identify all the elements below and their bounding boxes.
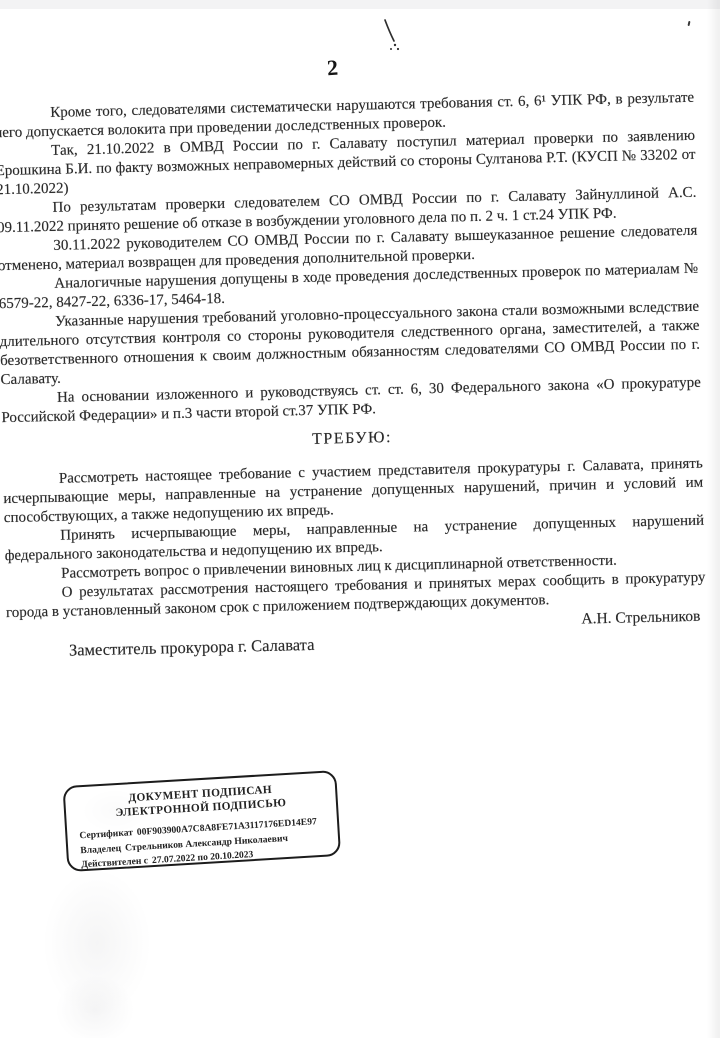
stamp-owner-label: Владелец bbox=[80, 842, 121, 855]
stamp-validity-label: Действителен с bbox=[81, 855, 149, 870]
page-number: 2 bbox=[326, 55, 339, 82]
ink-mark-icon bbox=[378, 18, 404, 54]
scan-edge-top bbox=[0, 0, 720, 9]
scan-smudge bbox=[42, 868, 152, 1018]
ink-speck bbox=[688, 21, 691, 26]
document-body: Кроме того, следователями систематически… bbox=[0, 89, 707, 661]
scan-edge-right bbox=[707, 0, 720, 1038]
esign-stamp: ДОКУМЕНТ ПОДПИСАН ЭЛЕКТРОННОЙ ПОДПИСЬЮ С… bbox=[62, 770, 341, 872]
stamp-certificate-label: Сертификат bbox=[79, 827, 133, 841]
scan-smudge bbox=[55, 975, 135, 1038]
scanned-document-page: 2 Кроме того, следователями систематичес… bbox=[0, 0, 720, 1038]
demand-heading: ТРЕБУЮ: bbox=[2, 421, 702, 456]
